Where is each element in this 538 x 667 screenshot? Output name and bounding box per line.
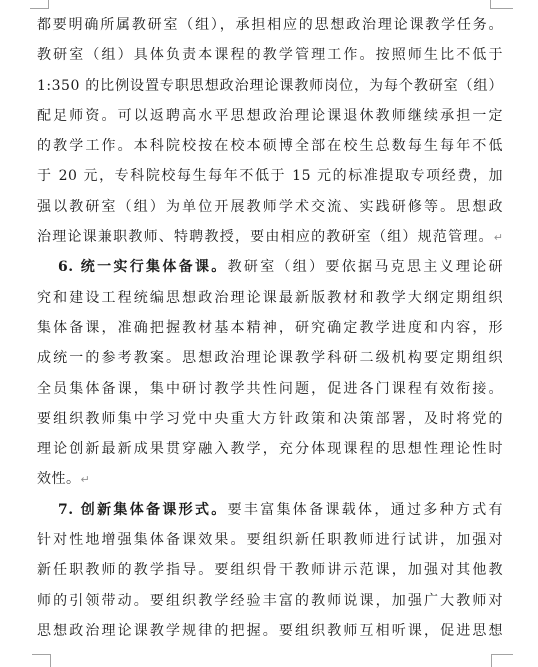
text-line: 针对性地增强集体备课效果。要组织新任职教师进行试讲，加强对 (37, 525, 503, 555)
text-line: 新任职教师的教学指导。要组织骨干教师讲示范课，加强对其他教 (37, 555, 503, 585)
bold-text-segment: 6. 统一实行集体备课。 (58, 259, 228, 275)
text-line: 于 20 元，专科院校每生每年不低于 15 元的标准提取专项经费，加 (37, 161, 503, 191)
text-line: 的教学工作。本科院校按在校本硕博全部在校生总数每生每年不低 (37, 131, 503, 161)
text-line: 强以教研室（组）为单位开展教师学术交流、实践研修等。思想政 (37, 192, 503, 222)
text-segment: 教研室（组）要依据马克思主义理论研 (228, 259, 503, 275)
text-line: 教研室（组）具体负责本课程的教学管理工作。按照师生比不低于 (37, 40, 503, 70)
text-segment: 的教学工作。本科院校按在校本硕博全部在校生总数每生每年不低 (37, 138, 503, 154)
paragraph-mark-icon: ↵ (494, 231, 503, 244)
text-line: 究和建设工程统编思想政治理论课最新版教材和教学大纲定期组织 (37, 283, 503, 313)
text-line: 都要明确所属教研室（组），承担相应的思想政治理论课教学任务。 (37, 10, 503, 40)
text-line: 7. 创新集体备课形式。要丰富集体备课载体，通过多种方式有 (37, 495, 503, 525)
text-boundary-mark-bottom-right (491, 654, 513, 667)
text-line: 理论创新最新成果贯穿融入教学，充分体现课程的思想性理论性时 (37, 434, 503, 464)
text-line: 治理论课兼职教师、特聘教授，要由相应的教研室（组）规范管理。↵ (37, 222, 503, 252)
text-boundary-mark-bottom-left (32, 654, 51, 667)
text-line: 1:350 的比例设置专职思想政治理论课教师岗位，为每个教研室（组） (37, 71, 503, 101)
text-lines: 都要明确所属教研室（组），承担相应的思想政治理论课教学任务。教研室（组）具体负责… (37, 10, 503, 646)
text-line: 要组织教师集中学习党中央重大方针政策和决策部署，及时将党的 (37, 404, 503, 434)
text-segment: 理论创新最新成果贯穿融入教学，充分体现课程的思想性理论性时 (37, 441, 503, 457)
text-segment: 配足师资。可以返聘高水平思想政治理论课退休教师继续承担一定 (37, 108, 503, 124)
text-line: 思想政治理论课教学规律的把握。要组织教师互相听课，促进思想 (37, 616, 503, 646)
text-segment: 于 20 元，专科院校每生每年不低于 15 元的标准提取专项经费，加 (37, 168, 503, 184)
text-segment: 强以教研室（组）为单位开展教师学术交流、实践研修等。思想政 (37, 199, 503, 215)
text-segment: 成统一的参考教案。思想政治理论课教学科研二级机构要定期组织 (37, 350, 503, 366)
text-segment: 要组织教师集中学习党中央重大方针政策和决策部署，及时将党的 (37, 411, 503, 427)
text-line: 效性。↵ (37, 464, 503, 494)
text-line: 配足师资。可以返聘高水平思想政治理论课退休教师继续承担一定 (37, 101, 503, 131)
text-line: 集体备课，准确把握教材基本精神，研究确定教学进度和内容，形 (37, 313, 503, 343)
text-segment: 究和建设工程统编思想政治理论课最新版教材和教学大纲定期组织 (37, 290, 503, 306)
text-segment: 全员集体备课，集中研讨教学共性问题，促进各门课程有效衔接。 (37, 381, 503, 397)
text-segment: 师的引领带动。要组织教学经验丰富的教师说课，加强广大教师对 (37, 593, 503, 609)
text-boundary-mark-top-right (490, 0, 513, 9)
text-line: 师的引领带动。要组织教学经验丰富的教师说课，加强广大教师对 (37, 586, 503, 616)
text-segment: 都要明确所属教研室（组），承担相应的思想政治理论课教学任务。 (37, 17, 503, 33)
text-segment: 新任职教师的教学指导。要组织骨干教师讲示范课，加强对其他教 (37, 562, 503, 578)
text-segment: 集体备课，准确把握教材基本精神，研究确定教学进度和内容，形 (37, 320, 503, 336)
text-segment: 效性。 (37, 471, 81, 487)
document-page: 都要明确所属教研室（组），承担相应的思想政治理论课教学任务。教研室（组）具体负责… (0, 0, 538, 667)
text-line: 成统一的参考教案。思想政治理论课教学科研二级机构要定期组织 (37, 343, 503, 373)
text-segment: 教研室（组）具体负责本课程的教学管理工作。按照师生比不低于 (37, 47, 503, 63)
text-segment: 针对性地增强集体备课效果。要组织新任职教师进行试讲，加强对 (37, 532, 503, 548)
text-segment: 治理论课兼职教师、特聘教授，要由相应的教研室（组）规范管理。 (37, 229, 494, 245)
paragraph-mark-icon: ↵ (81, 473, 90, 486)
text-segment: 思想政治理论课教学规律的把握。要组织教师互相听课，促进思想 (37, 623, 503, 639)
text-boundary-mark-top-left (30, 0, 49, 9)
text-line: 6. 统一实行集体备课。教研室（组）要依据马克思主义理论研 (37, 252, 503, 282)
text-segment: 要丰富集体备课载体，通过多种方式有 (228, 502, 503, 518)
text-line: 全员集体备课，集中研讨教学共性问题，促进各门课程有效衔接。 (37, 374, 503, 404)
text-segment: 1:350 的比例设置专职思想政治理论课教师岗位，为每个教研室（组） (37, 78, 503, 94)
bold-text-segment: 7. 创新集体备课形式。 (58, 502, 228, 518)
